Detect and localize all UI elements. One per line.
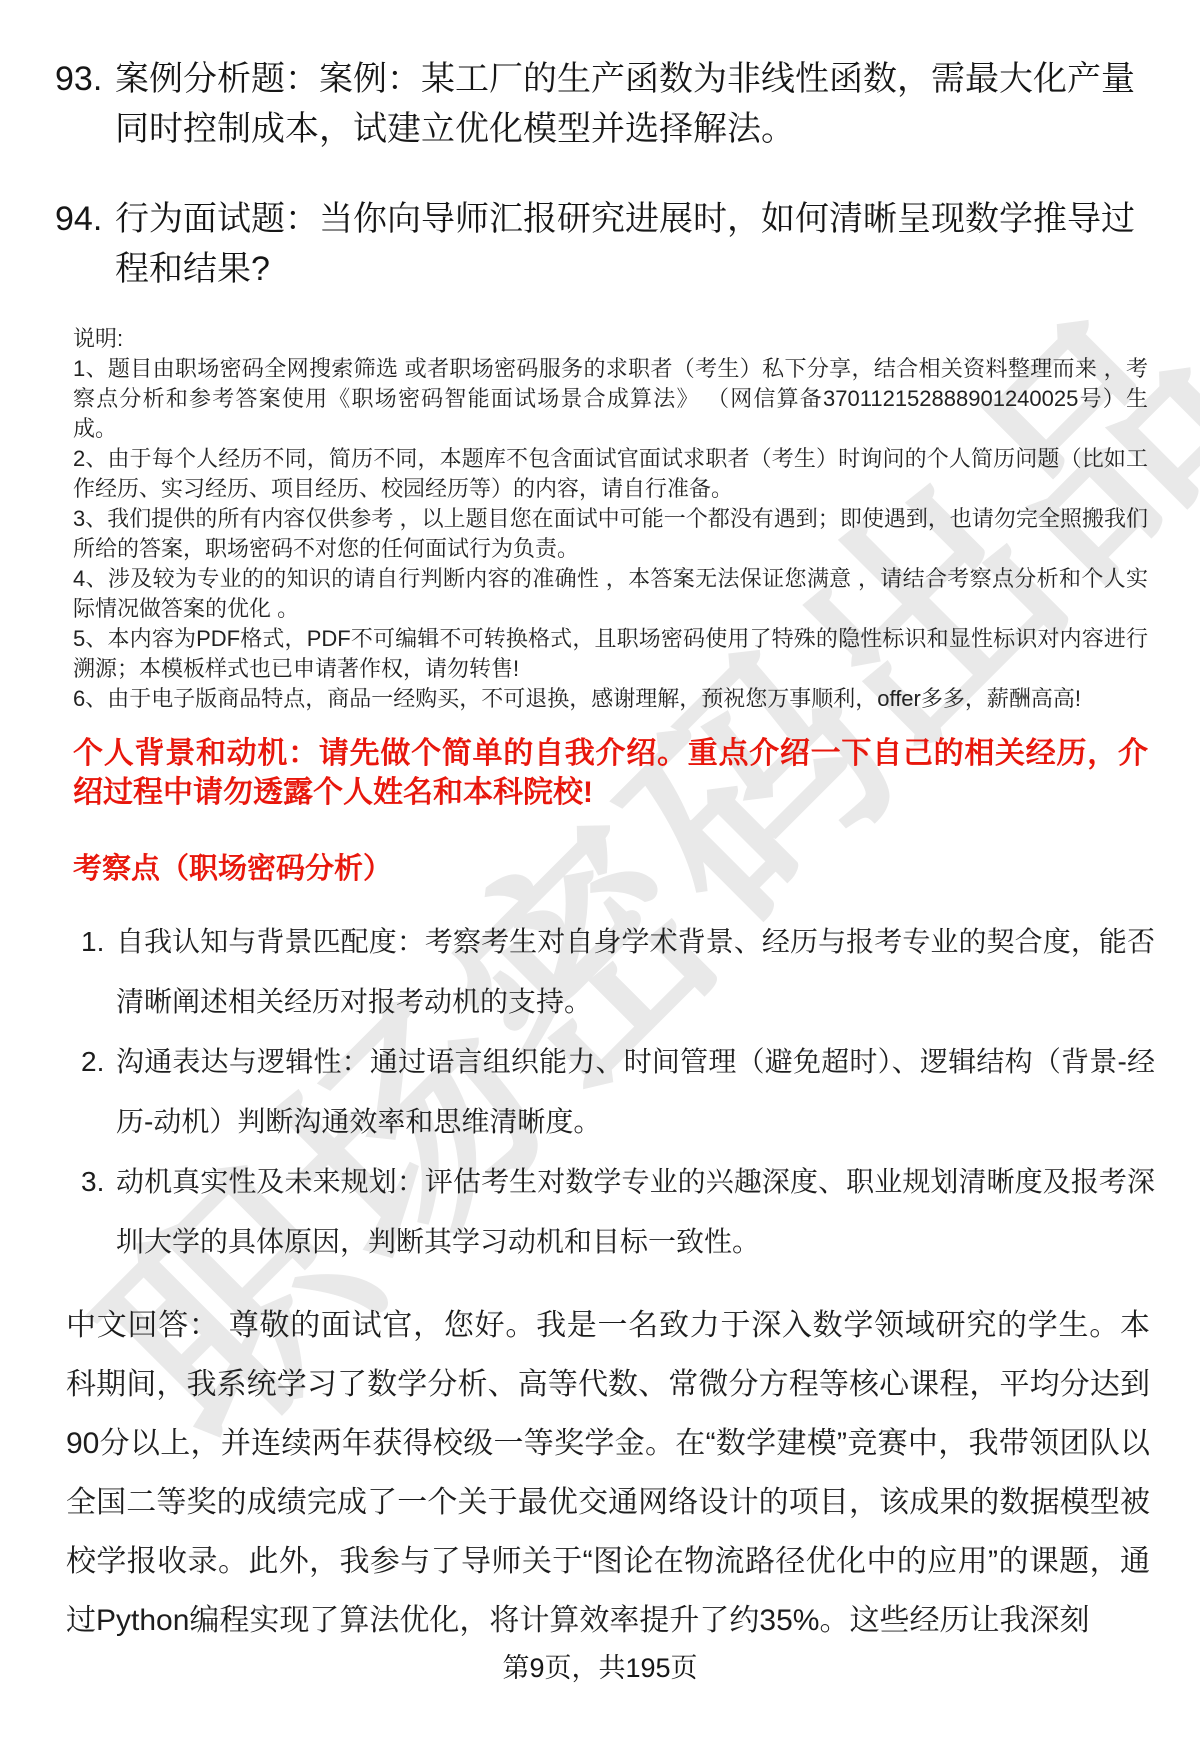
point-number: 3. xyxy=(81,1152,116,1272)
note-item-1: 1、题目由职场密码全网搜索筛选 或者职场密码服务的求职者（考生）私下分享，结合相… xyxy=(73,354,1148,444)
analysis-point-1: 1. 自我认知与背景匹配度：考察考生对自身学术背景、经历与报考专业的契合度，能否… xyxy=(81,912,1155,1032)
document-page: 职场密码出品 93. 案例分析题：案例：某工厂的生产函数为非线性函数，需最大化产… xyxy=(0,0,1200,1755)
question-number: 93. xyxy=(55,54,115,154)
question-list: 93. 案例分析题：案例：某工厂的生产函数为非线性函数，需最大化产量同时控制成本… xyxy=(0,0,1200,294)
note-item-6: 6、由于电子版商品特点，商品一经购买，不可退换，感谢理解，预祝您万事顺利，off… xyxy=(73,684,1148,714)
note-item-5: 5、本内容为PDF格式，PDF不可编辑不可转换格式，且职场密码使用了特殊的隐性标… xyxy=(73,624,1148,684)
analysis-points-list: 1. 自我认知与背景匹配度：考察考生对自身学术背景、经历与报考专业的契合度，能否… xyxy=(81,912,1155,1272)
question-number: 94. xyxy=(55,194,115,294)
note-item-3: 3、我们提供的所有内容仅供参考 ，以上题目您在面试中可能一个都没有遇到；即使遇到… xyxy=(73,504,1148,564)
point-text: 沟通表达与逻辑性：通过语言组织能力、时间管理（避免超时）、逻辑结构（背景-经历-… xyxy=(116,1032,1155,1152)
note-item-2: 2、由于每个人经历不同，简历不同，本题库不包含面试官面试求职者（考生）时询问的个… xyxy=(73,444,1148,504)
analysis-heading: 考察点（职场密码分析） xyxy=(73,854,1148,884)
point-number: 2. xyxy=(81,1032,116,1152)
point-text: 动机真实性及未来规划：评估考生对数学专业的兴趣深度、职业规划清晰度及报考深圳大学… xyxy=(116,1152,1155,1272)
question-text: 行为面试题：当你向导师汇报研究进展时，如何清晰呈现数学推导过程和结果? xyxy=(115,194,1140,294)
page-number-footer: 第9页，共195页 xyxy=(0,1652,1200,1684)
notes-heading: 说明: xyxy=(73,324,1148,354)
note-item-4: 4、涉及较为专业的的知识的请自行判断内容的准确性 ，本答案无法保证您满意 ，请结… xyxy=(73,564,1148,624)
question-item-94: 94. 行为面试题：当你向导师汇报研究进展时，如何清晰呈现数学推导过程和结果? xyxy=(55,194,1140,294)
analysis-point-2: 2. 沟通表达与逻辑性：通过语言组织能力、时间管理（避免超时）、逻辑结构（背景-… xyxy=(81,1032,1155,1152)
page-content: 93. 案例分析题：案例：某工厂的生产函数为非线性函数，需最大化产量同时控制成本… xyxy=(0,0,1200,1684)
point-text: 自我认知与背景匹配度：考察考生对自身学术背景、经历与报考专业的契合度，能否清晰阐… xyxy=(116,912,1155,1032)
analysis-point-3: 3. 动机真实性及未来规划：评估考生对数学专业的兴趣深度、职业规划清晰度及报考深… xyxy=(81,1152,1155,1272)
notes-section: 说明: 1、题目由职场密码全网搜索筛选 或者职场密码服务的求职者（考生）私下分享… xyxy=(73,324,1148,714)
question-text: 案例分析题：案例：某工厂的生产函数为非线性函数，需最大化产量同时控制成本，试建立… xyxy=(115,54,1140,154)
point-number: 1. xyxy=(81,912,116,1032)
question-item-93: 93. 案例分析题：案例：某工厂的生产函数为非线性函数，需最大化产量同时控制成本… xyxy=(55,54,1140,154)
chinese-answer-paragraph: 中文回答： 尊敬的面试官，您好。我是一名致力于深入数学领域研究的学生。本科期间，… xyxy=(66,1296,1150,1650)
background-motivation-prompt: 个人背景和动机：请先做个简单的自我介绍。重点介绍一下自己的相关经历，介绍过程中请… xyxy=(73,734,1148,812)
